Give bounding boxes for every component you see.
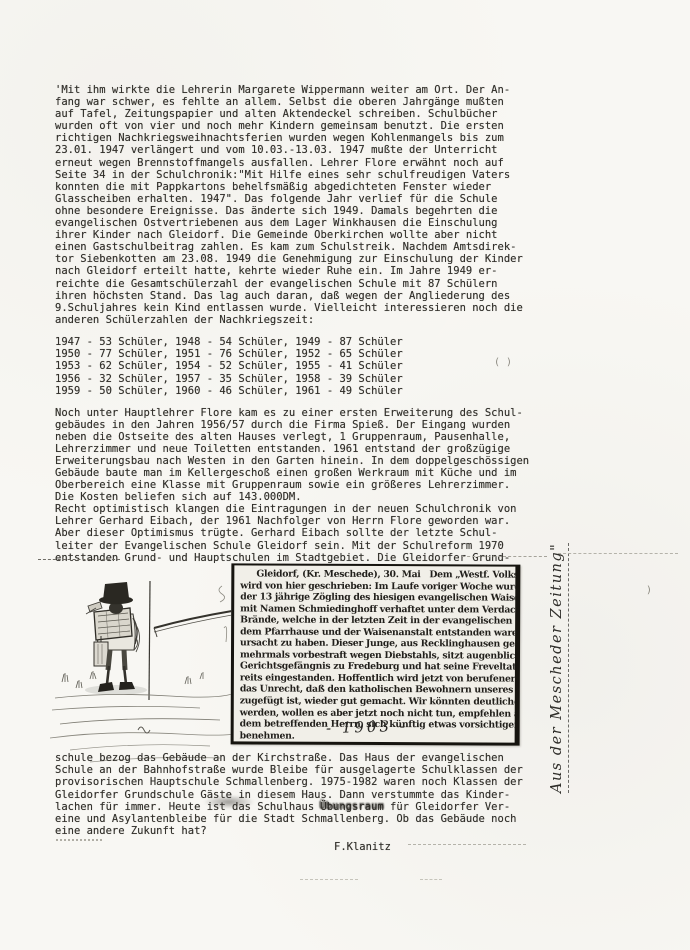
paragraph-school-history-2: Noch unter Hauptlehrer Flore kam es zu e…	[55, 407, 529, 564]
scan-artifact-dash	[56, 839, 102, 841]
overstruck-word: Übungsraum	[319, 800, 384, 812]
scan-artifact-mark: ( )	[494, 357, 512, 368]
handwritten-margin-note: Aus der Mescheder Zeitung"	[549, 543, 569, 793]
scan-artifact-dash	[558, 553, 678, 554]
paragraph-school-history-1: 'Mit ihm wirkte die Lehrerin Margarete W…	[55, 84, 523, 326]
scanned-document-page: 'Mit ihm wirkte die Lehrerin Margarete W…	[0, 0, 690, 950]
scan-artifact-mark: )	[646, 585, 652, 596]
paragraph-school-history-3: schule bezog das Gebäude an der Kirchstr…	[55, 752, 523, 837]
scan-artifact-dash	[462, 556, 547, 557]
scan-artifact-dash	[300, 879, 358, 880]
newspaper-clipping-text: Gleidorf, (Kr. Meschede), 30. Mai Dem „W…	[240, 568, 514, 742]
typewriter-smudge	[203, 795, 255, 809]
scan-artifact-dash	[38, 559, 120, 560]
scan-artifact-dash	[420, 879, 442, 880]
author-signature: F.Klanitz	[334, 841, 391, 853]
scan-artifact-dash	[408, 844, 526, 845]
pupil-numbers-table: 1947 - 53 Schüler, 1948 - 54 Schüler, 19…	[55, 336, 403, 397]
handwritten-year-note: - 1903 -	[326, 717, 408, 737]
